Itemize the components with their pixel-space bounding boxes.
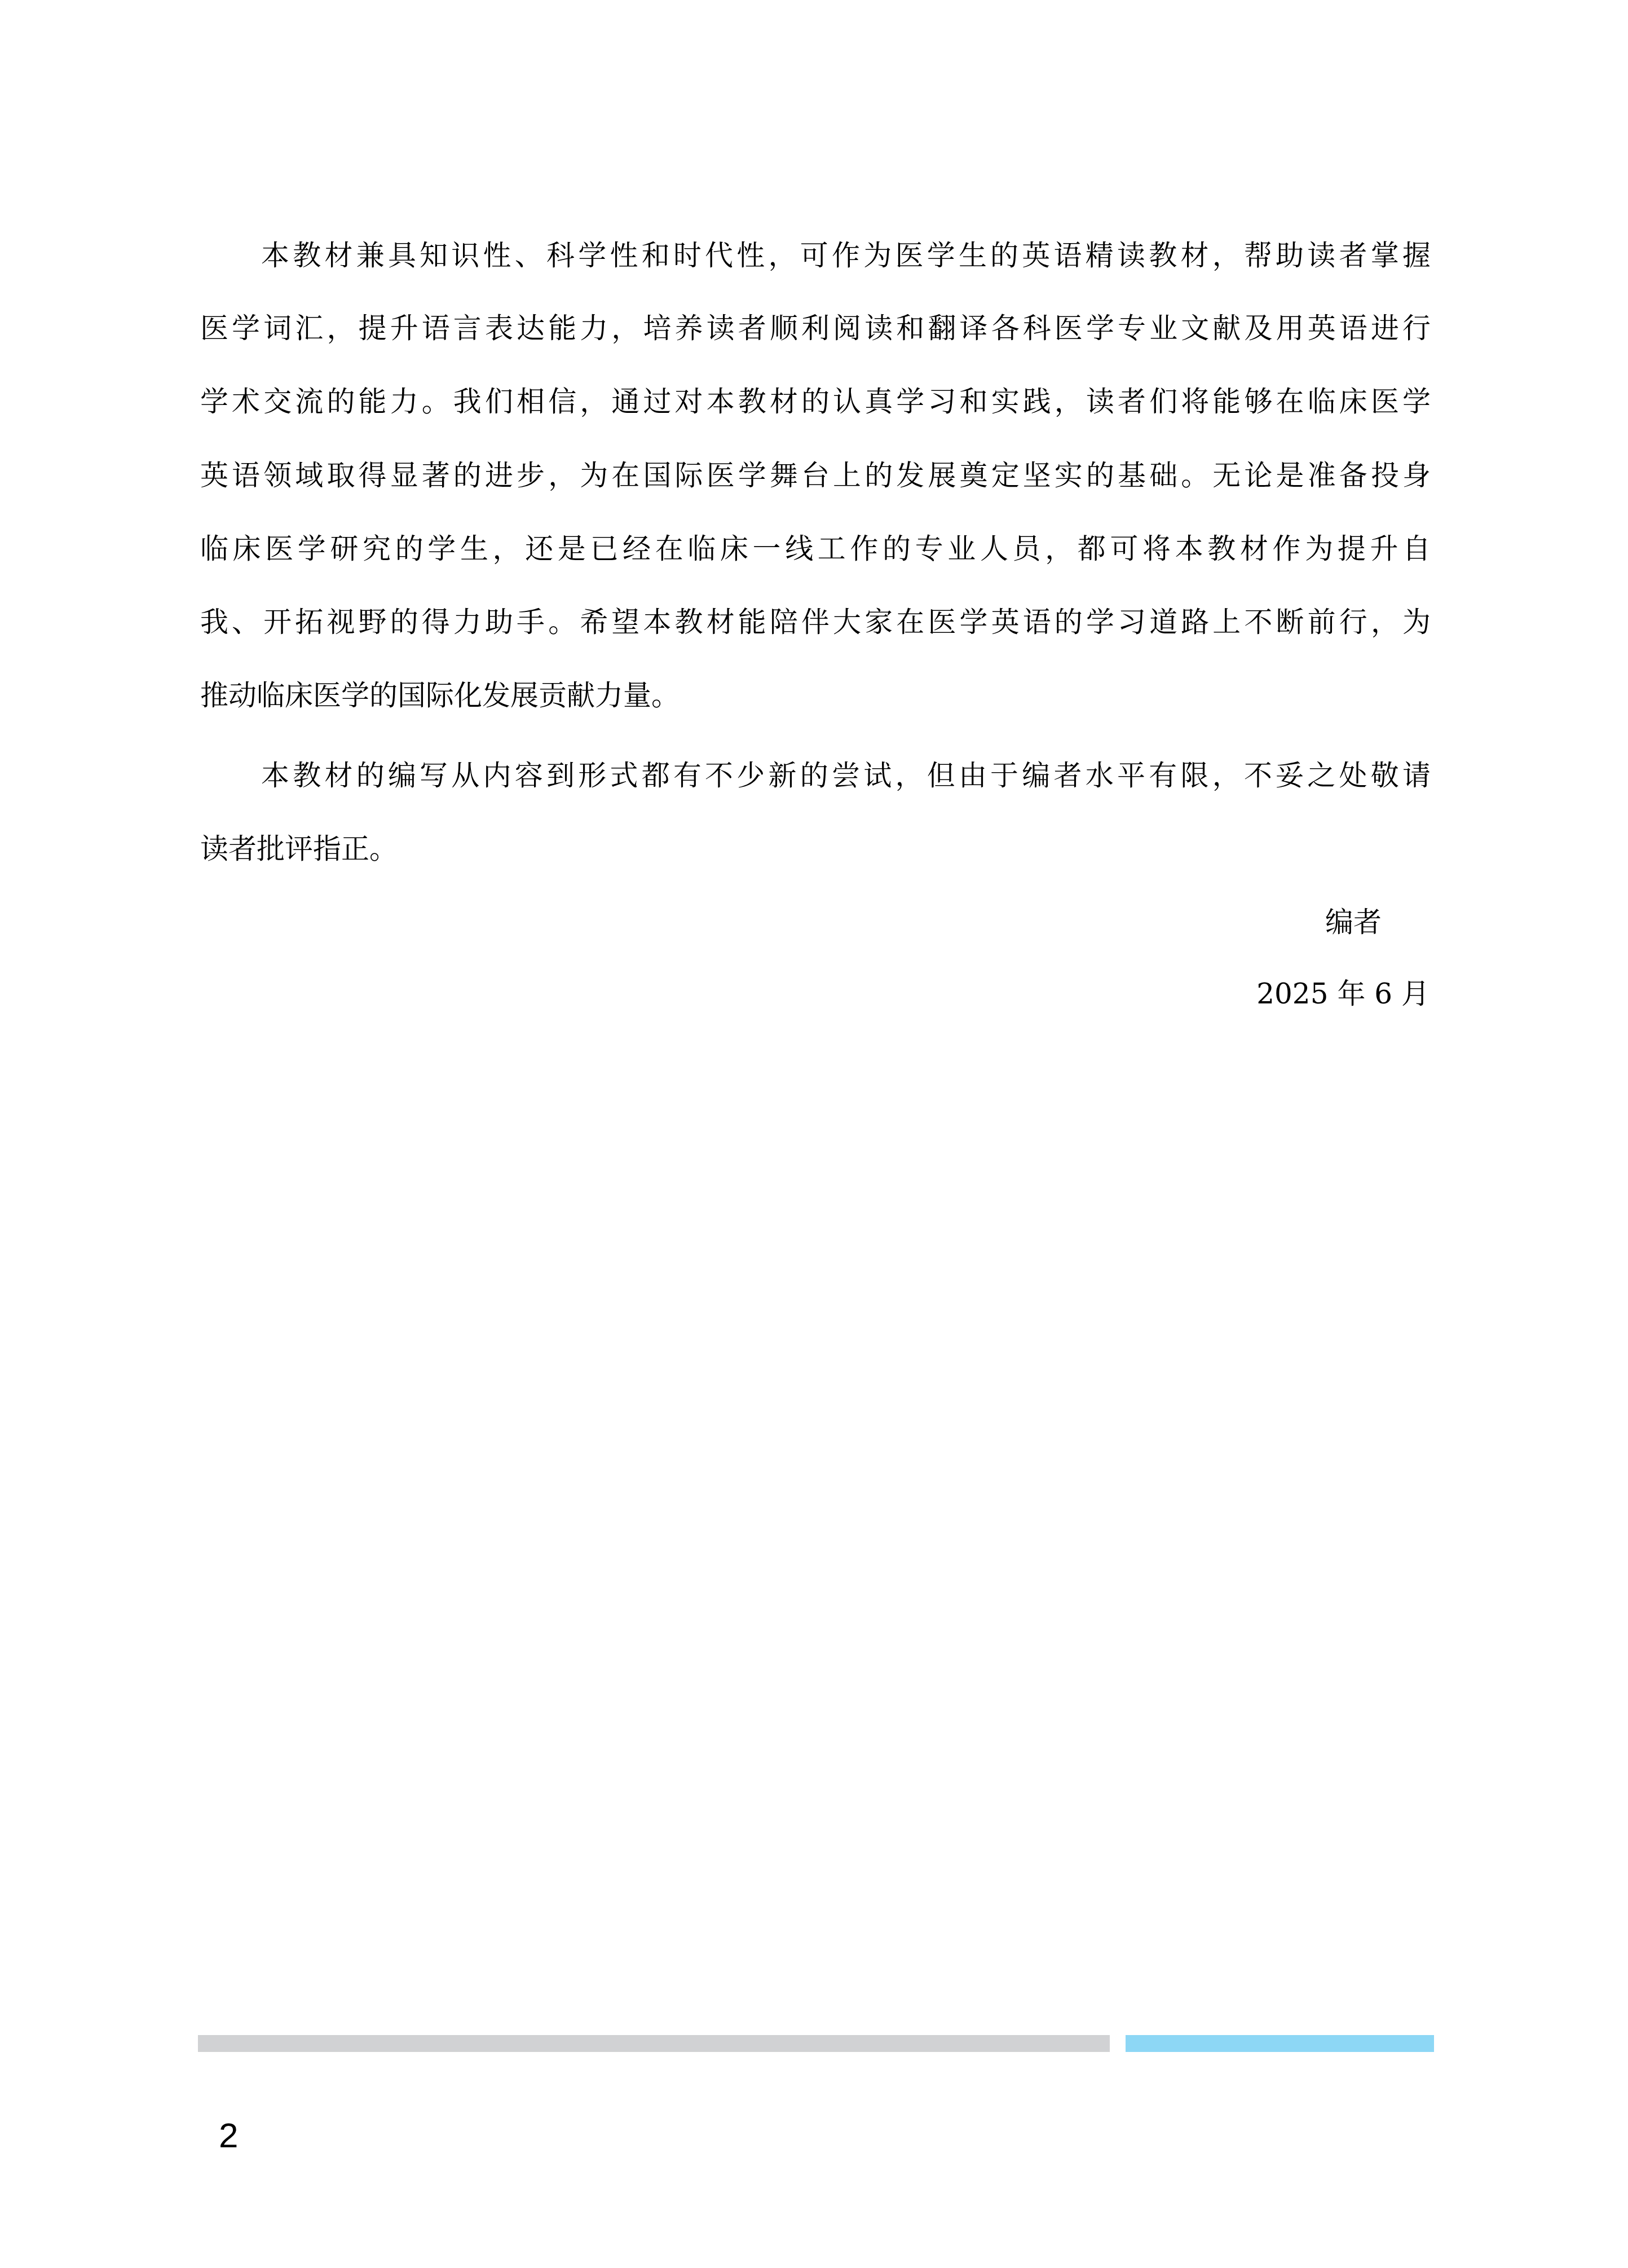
footer-bar-grey	[198, 2035, 1110, 2052]
paragraph-line: 英语领域取得显著的进步，为在国际医学舞台上的发展奠定坚实的基础。无论是准备投身	[200, 439, 1431, 512]
document-page: 本教材兼具知识性、科学性和时代性，可作为医学生的英语精读教材，帮助读者掌握 医学…	[0, 0, 1628, 2268]
paragraph-line: 本教材的编写从内容到形式都有不少新的尝试，但由于编者水平有限，不妥之处敬请	[261, 739, 1431, 812]
paragraph-line: 医学词汇，提升语言表达能力，培养读者顺利阅读和翻译各科医学专业文献及用英语进行	[200, 292, 1431, 365]
paragraph-line: 学术交流的能力。我们相信，通过对本教材的认真学习和实践，读者们将能够在临床医学	[200, 365, 1431, 438]
page-number: 2	[219, 2116, 238, 2156]
signature-date: 2025 年 6 月	[1212, 957, 1430, 1030]
paragraph-line: 本教材兼具知识性、科学性和时代性，可作为医学生的英语精读教材，帮助读者掌握	[261, 219, 1431, 292]
signature-author: 编者	[1291, 886, 1382, 959]
paragraph-line: 推动临床医学的国际化发展贡献力量。	[200, 659, 1431, 732]
footer-bar-blue	[1126, 2035, 1434, 2052]
paragraph-line: 临床医学研究的学生，还是已经在临床一线工作的专业人员，都可将本教材作为提升自	[200, 512, 1431, 585]
paragraph-line: 读者批评指正。	[200, 812, 1431, 886]
paragraph-line: 我、开拓视野的得力助手。希望本教材能陪伴大家在医学英语的学习道路上不断前行，为	[200, 585, 1431, 659]
